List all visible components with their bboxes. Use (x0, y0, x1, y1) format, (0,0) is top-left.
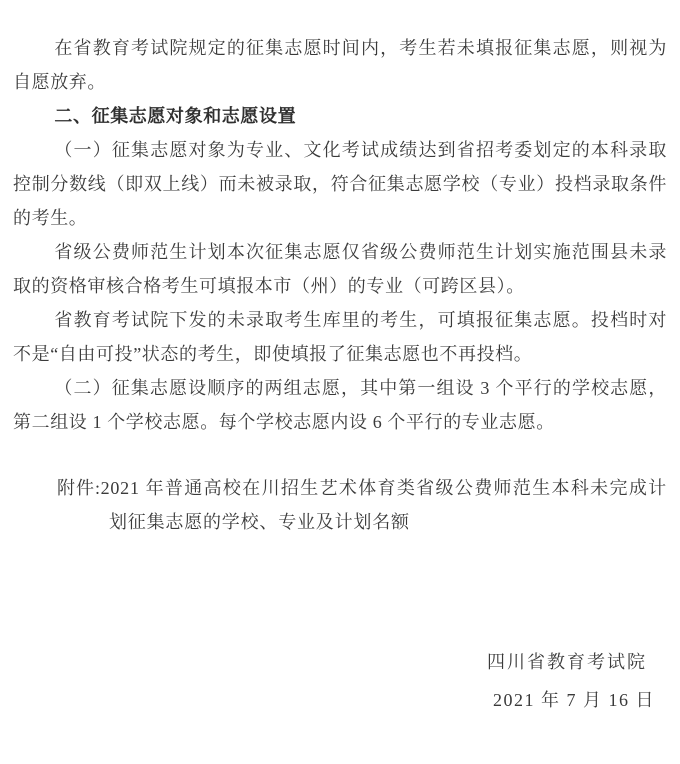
issue-date: 2021 年 7 月 16 日 (13, 683, 667, 717)
issuer-name: 四川省教育考试院 (13, 645, 667, 679)
paragraph-candidate-pool: 省教育考试院下发的未录取考生库里的考生，可填报征集志愿。投档时对不是“自由可投”… (13, 303, 667, 371)
paragraph-volunteer-structure: （二）征集志愿设顺序的两组志愿，其中第一组设 3 个平行的学校志愿，第二组设 1… (13, 371, 667, 439)
signature-block: 四川省教育考试院 2021 年 7 月 16 日 (13, 645, 667, 717)
attachment-label: 附件: (57, 478, 101, 498)
attachment-title: 2021 年普通高校在川招生艺术体育类省级公费师范生本科未完成计划征集志愿的学校… (101, 478, 667, 532)
section-heading: 二、征集志愿对象和志愿设置 (13, 99, 667, 133)
paragraph-provincial-plan: 省级公费师范生计划本次征集志愿仅省级公费师范生计划实施范围县未录取的资格审核合格… (13, 235, 667, 303)
intro-paragraph: 在省教育考试院规定的征集志愿时间内，考生若未填报征集志愿，则视为自愿放弃。 (13, 31, 667, 99)
paragraph-eligibility: （一）征集志愿对象为专业、文化考试成绩达到省招考委划定的本科录取控制分数线（即双… (13, 133, 667, 235)
document-page: 在省教育考试院规定的征集志愿时间内，考生若未填报征集志愿，则视为自愿放弃。 二、… (0, 0, 680, 764)
attachment-note: 附件:2021 年普通高校在川招生艺术体育类省级公费师范生本科未完成计划征集志愿… (57, 471, 667, 539)
